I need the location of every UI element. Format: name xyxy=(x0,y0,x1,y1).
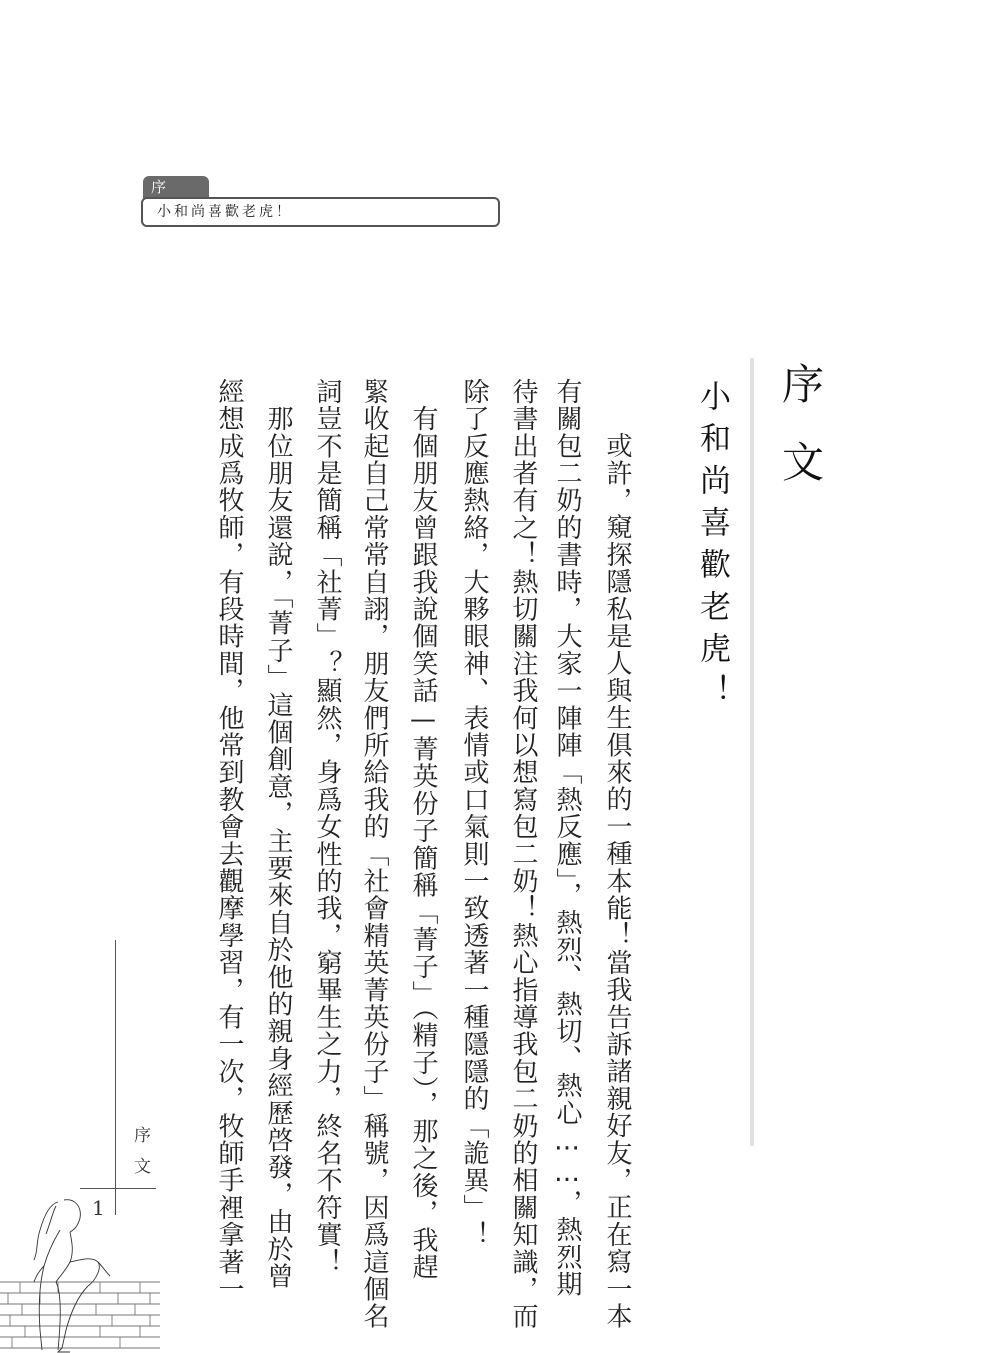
body-column-4: 除了反應熱絡，大夥眼神、表情或口氣則一致透著一種隱隱的「詭異」！ xyxy=(461,378,487,1248)
body-column-8: 那位朋友還說，「菁子」這個創意，主要來自於他的親身經歷啓發，由於曾 xyxy=(265,378,291,1290)
body-column-2: 有關包二奶的書時，大家一陣陣「熱反應」，熱烈、熱切、熱心……，熱烈期 xyxy=(554,378,580,1298)
woman-figure-icon xyxy=(34,1200,110,1352)
body-column-7: 詞豈不是簡稱「社菁」？顯然，身爲女性的我，窮畢生之力，終名不符實！ xyxy=(314,378,340,1276)
header-section-tab: 序 文 xyxy=(143,176,209,198)
page-title: 序文 xyxy=(770,362,830,518)
margin-section-label: 序文 xyxy=(128,1126,153,1188)
woman-brick-wall-illustration xyxy=(0,1190,160,1353)
body-column-3: 待書出者有之！熱切關注我何以想寫包二奶！熱心指導我包二奶的相關知識，而 xyxy=(510,378,536,1330)
margin-vertical-rule xyxy=(115,940,116,1215)
chapter-subtitle: 小和尚喜歡老虎！ xyxy=(690,380,735,716)
body-column-5: 有個朋友曾跟我說個笑話—菁英份子簡稱「菁子」（精子），那之後，我趕 xyxy=(410,378,436,1281)
brick-wall-icon xyxy=(0,1282,160,1348)
body-column-9: 經想成爲牧師，有段時間，他常到教會去觀摩學習，有一次，牧師手裡拿著一 xyxy=(216,378,242,1303)
body-column-6: 緊收起自己常常自詡，朋友們所給我的「社會精英菁英份子」稱號，因爲這個名 xyxy=(361,378,387,1330)
margin-horizontal-rule xyxy=(80,1188,156,1189)
header-chapter-subtitle: 小和尚喜歡老虎！ xyxy=(141,197,500,227)
title-divider xyxy=(750,358,754,1146)
body-column-1: 或許，窺探隱私是人與生俱來的一種本能！當我告訴諸親好友，正在寫一本 xyxy=(604,405,630,1330)
